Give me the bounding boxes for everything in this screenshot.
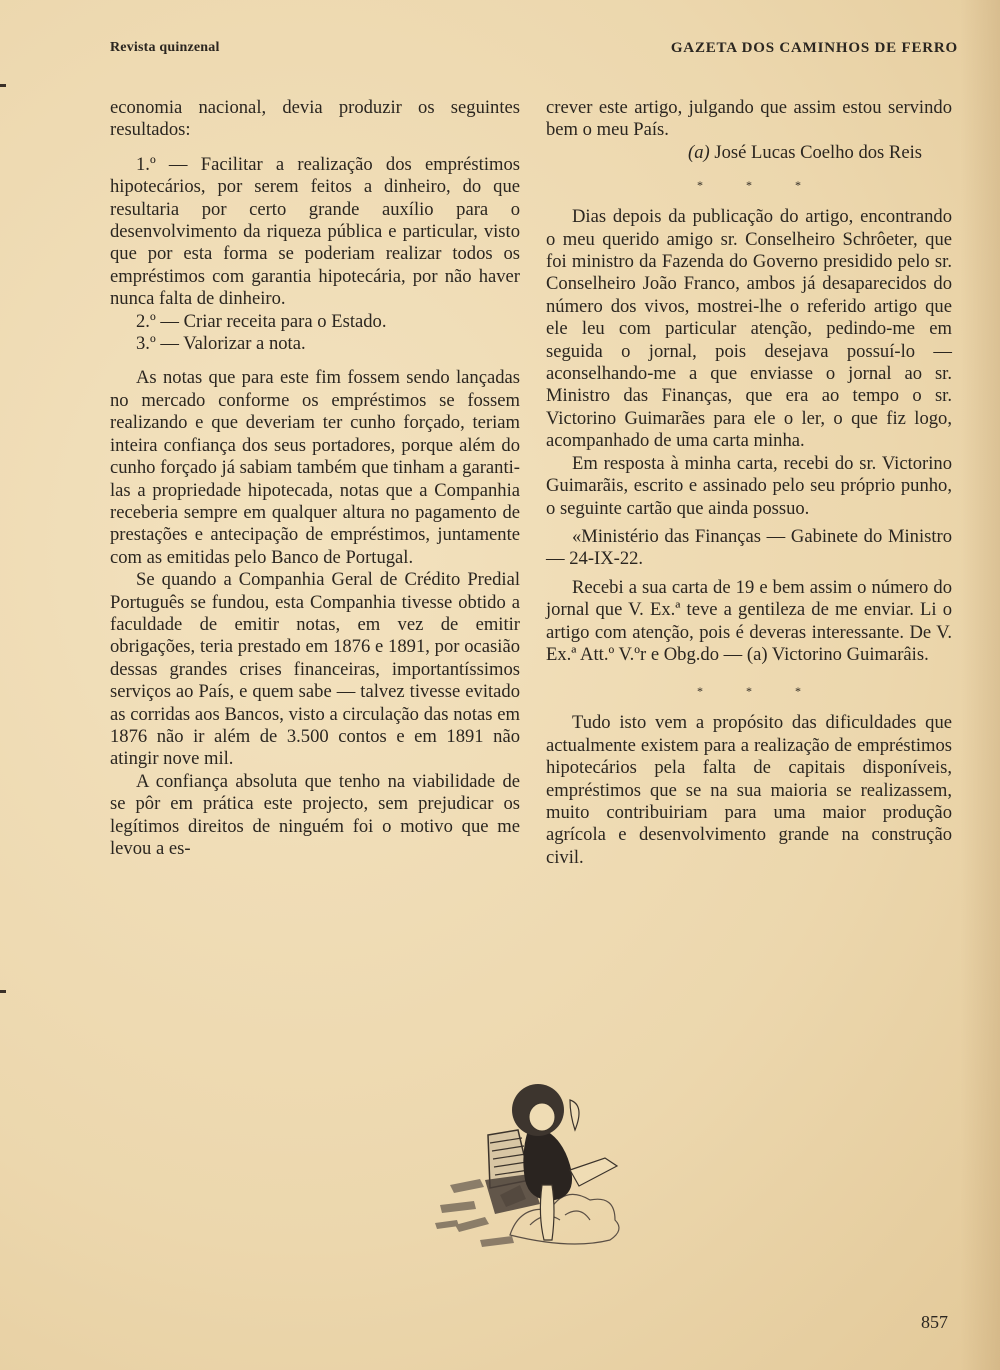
margin-mark (0, 990, 6, 993)
paragraph: A confiança absoluta que tenho na viabil… (110, 771, 520, 861)
margin-mark (0, 84, 6, 87)
header-section-title: Revista quinzenal (110, 40, 220, 56)
list-item-3: 3.º — Valorizar a nota. (110, 333, 520, 355)
running-header: Revista quinzenal GAZETA DOS CAMINHOS DE… (110, 40, 958, 60)
paragraph: Se quando a Companhia Geral de Crédito P… (110, 569, 520, 771)
signature-prefix: (a) (688, 142, 710, 163)
paragraph: Tudo isto vem a propósito das dificuldad… (546, 712, 952, 869)
list-item-2: 2.º — Criar receita para o Estado. (110, 311, 520, 333)
quoted-letter-heading: «Ministério das Finanças — Gabinete do M… (546, 526, 952, 571)
left-column: economia nacional, devia produzir os seg… (110, 97, 520, 860)
paragraph: economia nacional, devia produzir os seg… (110, 97, 520, 142)
section-divider: * * * (546, 174, 952, 196)
signature-name: José Lucas Coelho dos Reis (710, 142, 922, 163)
signature: (a) José Lucas Coelho dos Reis (546, 142, 952, 164)
paragraph: As notas que para este fim fossem sendo … (110, 367, 520, 569)
quoted-letter-body: Recebi a sua carta de 19 e bem assim o n… (546, 577, 952, 667)
paragraph: crever este artigo, julgando que assim e… (546, 97, 952, 142)
paragraph: Dias depois da publicação do artigo, enc… (546, 206, 952, 452)
right-column: crever este artigo, julgando que assim e… (546, 97, 952, 869)
section-divider: * * * (546, 680, 952, 702)
header-publication-title: GAZETA DOS CAMINHOS DE FERRO (671, 40, 958, 57)
list-item-1: 1.º — Facilitar a realização dos emprést… (110, 154, 520, 311)
page-number: 857 (921, 1312, 948, 1333)
page-edge-shadow (960, 0, 1000, 1370)
paragraph: Em resposta à minha carta, recebi do sr.… (546, 453, 952, 520)
cherub-illustration (430, 1075, 650, 1255)
